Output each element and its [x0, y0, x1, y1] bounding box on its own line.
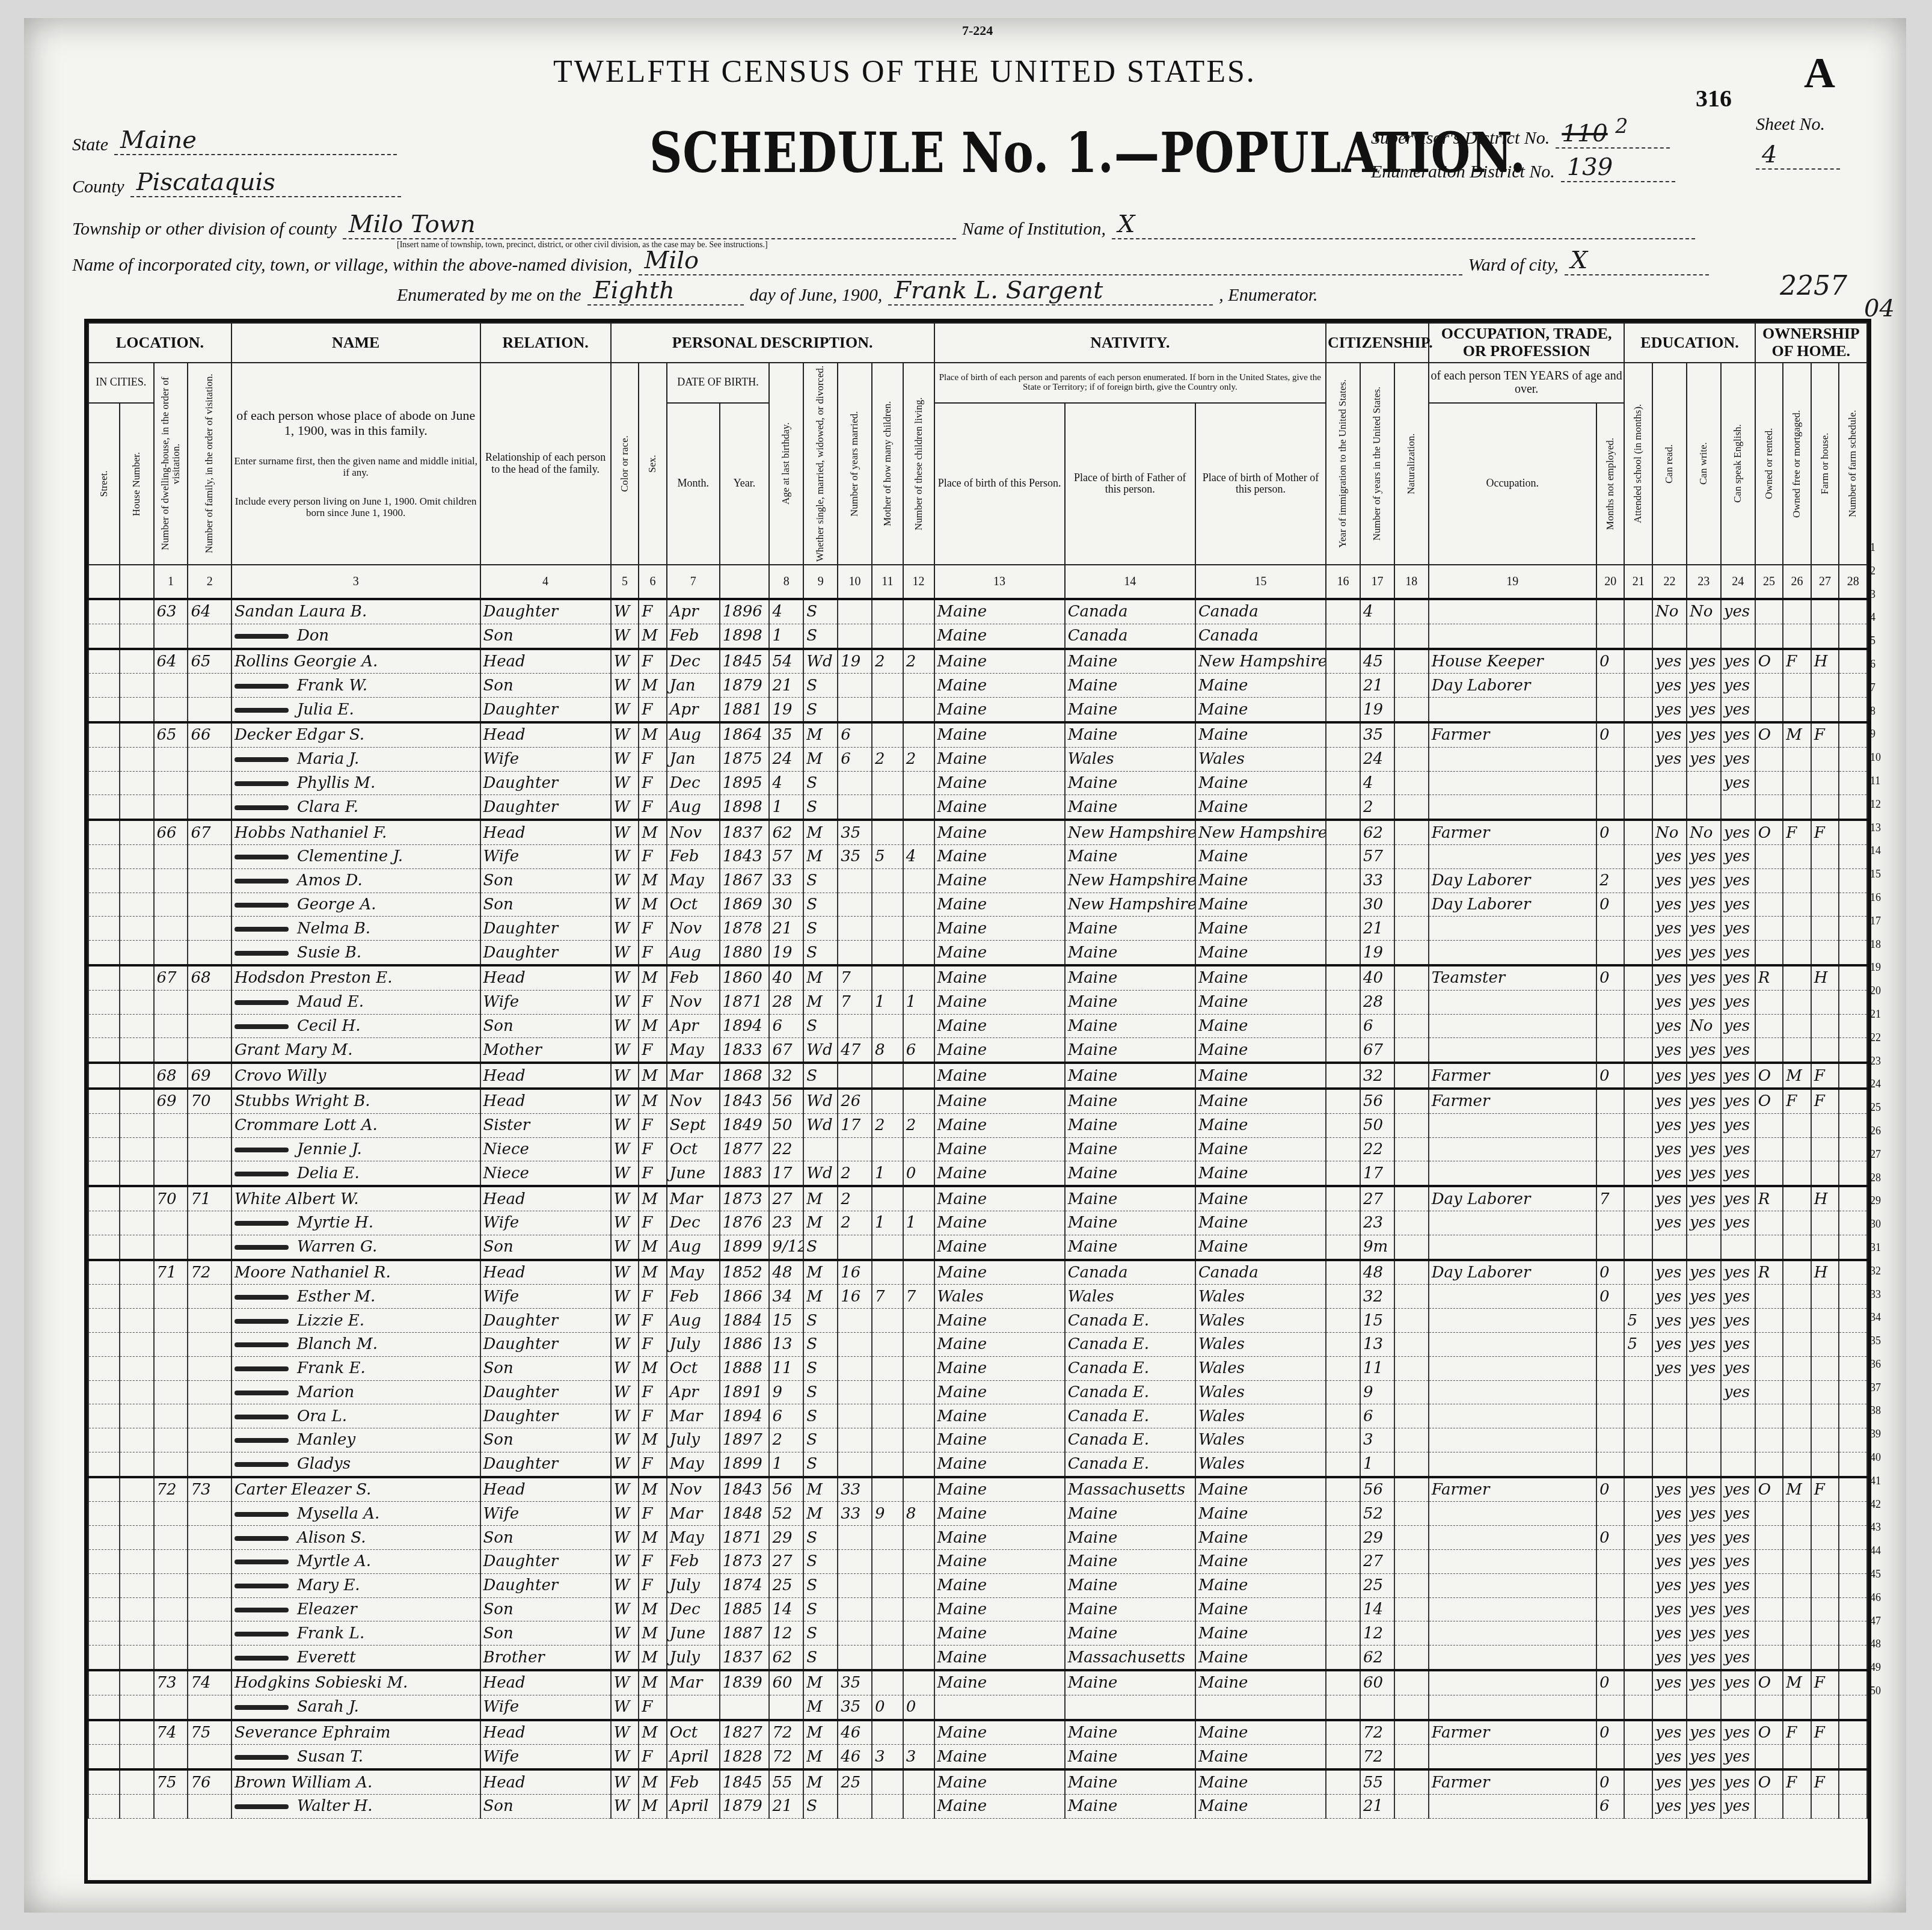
age: 1: [769, 624, 803, 648]
children-living: [903, 1550, 934, 1574]
birth-month: Dec: [667, 1597, 720, 1621]
can-speak-english: yes: [1721, 1550, 1755, 1574]
years-in-us: 14: [1360, 1597, 1394, 1621]
free-mortgaged: [1783, 1573, 1811, 1597]
attended-school: [1624, 674, 1652, 698]
enumerated-prefix: Enumerated by me on the: [397, 285, 581, 306]
owned-rented: [1755, 795, 1783, 820]
line-number: 17: [1870, 915, 1894, 938]
ditto-mark-icon: [235, 1438, 289, 1443]
marital-status: S: [803, 624, 838, 648]
color: W: [611, 820, 639, 844]
children-living: [903, 1137, 934, 1161]
relation: Son: [480, 868, 611, 893]
color: W: [611, 1695, 639, 1719]
farm-schedule: [1839, 1332, 1867, 1356]
birthplace-person: Maine: [934, 1235, 1065, 1259]
person-name-text: Susie B.: [297, 944, 361, 962]
attended-school-header: Attended school (in months).: [1624, 363, 1652, 565]
birthplace-mother: Maine: [1195, 1038, 1326, 1063]
months-unemployed: [1596, 844, 1625, 868]
farm-schedule: [1839, 1597, 1867, 1621]
sex: M: [639, 965, 667, 990]
person-name-text: Mysella A.: [297, 1505, 379, 1523]
can-write: yes: [1687, 1161, 1721, 1186]
birthplace-person: Maine: [934, 1795, 1065, 1819]
person-name-text: Crovo Willy: [235, 1067, 326, 1085]
occupation: [1429, 1573, 1596, 1597]
dwelling-number: [154, 1646, 188, 1670]
months-unemployed: 0: [1596, 965, 1625, 990]
occupation: Day Laborer: [1429, 868, 1596, 893]
dwelling-number: [154, 1428, 188, 1452]
family-number: 70: [188, 1089, 231, 1113]
owned-rented: [1755, 1745, 1783, 1769]
birthplace-father: Maine: [1065, 1038, 1195, 1063]
ward-label: Ward of city,: [1468, 255, 1559, 275]
street-cell: [88, 795, 120, 820]
year-header: Year.: [720, 403, 770, 565]
birthplace-father: New Hampshire: [1065, 868, 1195, 893]
street-cell: [88, 1745, 120, 1769]
attended-school: [1624, 1477, 1652, 1502]
occupation: [1429, 1235, 1596, 1259]
birthplace-person: Maine: [934, 1670, 1065, 1695]
marital-status: M: [803, 1745, 838, 1769]
age: 30: [769, 893, 803, 917]
sex: F: [639, 1332, 667, 1356]
years-in-us: 32: [1360, 1063, 1394, 1089]
can-speak-english: yes: [1721, 1670, 1755, 1695]
house-number-cell: [120, 1038, 154, 1063]
birth-month: Jan: [667, 674, 720, 698]
can-write: yes: [1687, 965, 1721, 990]
months-unemployed: 0: [1596, 1720, 1625, 1745]
street-header: Street.: [88, 403, 120, 565]
line-number: 35: [1870, 1335, 1894, 1358]
dwelling-number: [154, 1356, 188, 1380]
years-in-us: 56: [1360, 1089, 1394, 1113]
years-married: [838, 1452, 872, 1477]
owned-rented: [1755, 1038, 1783, 1063]
years-married: 17: [838, 1113, 872, 1137]
line-number: 16: [1870, 891, 1894, 915]
line-number: 46: [1870, 1591, 1894, 1615]
table-row: Walter H.SonWMApril187921SMaineMaineMain…: [88, 1795, 1867, 1819]
mother-of: 3: [872, 1745, 903, 1769]
table-row: 7374Hodgkins Sobieski M.HeadWMMar183960M…: [88, 1670, 1867, 1695]
years-in-us: 45: [1360, 649, 1394, 674]
naturalization: [1394, 771, 1429, 795]
name-desc: of each person whose place of abode on J…: [233, 408, 479, 437]
relation: Daughter: [480, 1404, 611, 1428]
family-number: [188, 1211, 231, 1235]
family-number: [188, 1646, 231, 1670]
sex: F: [639, 795, 667, 820]
owned-rented-header: Owned or rented.: [1755, 363, 1783, 565]
can-write-header: Can write.: [1687, 363, 1721, 565]
occupation: [1429, 1428, 1596, 1452]
can-speak-english: yes: [1721, 1720, 1755, 1745]
dwelling-number: [154, 1332, 188, 1356]
birth-month: Nov: [667, 917, 720, 941]
naturalization: [1394, 1285, 1429, 1309]
institution-value: X: [1112, 211, 1695, 239]
table-row: 7576Brown William A.HeadWMFeb184555M25Ma…: [88, 1769, 1867, 1794]
mother-of: [872, 820, 903, 844]
free-mortgaged: [1783, 698, 1811, 722]
mother-of: 2: [872, 1113, 903, 1137]
person-name: Gladys: [232, 1452, 480, 1477]
age: 34: [769, 1285, 803, 1309]
color: W: [611, 1621, 639, 1646]
house-number-cell: [120, 1404, 154, 1428]
attended-school: [1624, 1452, 1652, 1477]
years-married: 46: [838, 1745, 872, 1769]
years-married: [838, 1428, 872, 1452]
table-row: Nelma B.DaughterWFNov187821SMaineMaineMa…: [88, 917, 1867, 941]
free-mortgaged: [1783, 1745, 1811, 1769]
table-row: Maud E.WifeWFNov187128M711MaineMaineMain…: [88, 990, 1867, 1014]
immigration-year: [1326, 893, 1360, 917]
marital-status: M: [803, 1720, 838, 1745]
years-in-us: 55: [1360, 1769, 1394, 1794]
line-number: 41: [1870, 1475, 1894, 1498]
occupation: [1429, 917, 1596, 941]
table-row: Delia E.NieceWFJune188317Wd210MaineMaine…: [88, 1161, 1867, 1186]
can-speak-english: yes: [1721, 1038, 1755, 1063]
person-name-text: Ora L.: [297, 1407, 347, 1425]
state-value: Maine: [114, 126, 397, 155]
family-number: [188, 1380, 231, 1404]
months-unemployed: [1596, 771, 1625, 795]
farm-house: H: [1811, 965, 1839, 990]
marital-status: S: [803, 1597, 838, 1621]
birthplace-father: Wales: [1065, 747, 1195, 771]
birthplace-father: Maine: [1065, 1063, 1195, 1089]
relation: Daughter: [480, 941, 611, 965]
immigration-year: [1326, 1063, 1360, 1089]
can-write: yes: [1687, 1720, 1721, 1745]
person-name: Crovo Willy: [232, 1063, 480, 1089]
person-name: Frank W.: [232, 674, 480, 698]
farm-house: F: [1811, 1720, 1839, 1745]
attended-school: [1624, 1356, 1652, 1380]
naturalization: [1394, 1161, 1429, 1186]
age: 21: [769, 674, 803, 698]
street-cell: [88, 649, 120, 674]
years-in-us: 15: [1360, 1309, 1394, 1333]
birthplace-person: Maine: [934, 1597, 1065, 1621]
birth-year: 1879: [720, 1795, 770, 1819]
street-cell: [88, 1235, 120, 1259]
naturalization: [1394, 1452, 1429, 1477]
farm-schedule: [1839, 1720, 1867, 1745]
birth-year: 1879: [720, 674, 770, 698]
years-married: 6: [838, 747, 872, 771]
ditto-mark-icon: [235, 1584, 289, 1588]
mother-of: [872, 1260, 903, 1285]
marital-status: S: [803, 917, 838, 941]
years-in-us: 33: [1360, 868, 1394, 893]
person-name: Grant Mary M.: [232, 1038, 480, 1063]
sex: M: [639, 1260, 667, 1285]
house-number-cell: [120, 917, 154, 941]
occupation: [1429, 1332, 1596, 1356]
birthplace-person: Maine: [934, 674, 1065, 698]
column-number: 28: [1839, 565, 1867, 599]
years-married: 33: [838, 1477, 872, 1502]
person-name-text: George A.: [297, 896, 376, 914]
attended-school: [1624, 820, 1652, 844]
color: W: [611, 1356, 639, 1380]
person-name-text: Severance Ephraim: [235, 1724, 390, 1742]
birth-year: 1885: [720, 1597, 770, 1621]
ditto-mark-icon: [235, 1319, 289, 1324]
birth-year: 1828: [720, 1745, 770, 1769]
free-mortgaged: F: [1783, 820, 1811, 844]
farm-house: [1811, 917, 1839, 941]
years-married: 7: [838, 990, 872, 1014]
township-field: Township or other division of county Mil…: [72, 211, 1695, 239]
birth-month: Apr: [667, 1380, 720, 1404]
person-name: Hodsdon Preston E.: [232, 965, 480, 990]
marital-status: Wd: [803, 649, 838, 674]
column-number: 27: [1811, 565, 1839, 599]
color: W: [611, 1745, 639, 1769]
family-number: [188, 1285, 231, 1309]
birth-year: 1845: [720, 649, 770, 674]
months-unemployed: [1596, 1695, 1625, 1719]
family-number: [188, 1309, 231, 1333]
months-unemployed: [1596, 1646, 1625, 1670]
months-unemployed: [1596, 1137, 1625, 1161]
sex: F: [639, 1452, 667, 1477]
years-in-us: 50: [1360, 1113, 1394, 1137]
can-speak-english: [1721, 1404, 1755, 1428]
farm-schedule: [1839, 1670, 1867, 1695]
column-number: 14: [1065, 565, 1195, 599]
sex: M: [639, 1526, 667, 1550]
can-read: yes: [1652, 1038, 1687, 1063]
naturalization: [1394, 1038, 1429, 1063]
form-number: 7-224: [962, 23, 993, 38]
mother-of: [872, 1550, 903, 1574]
months-unemployed: [1596, 1332, 1625, 1356]
immigration-year: [1326, 1014, 1360, 1038]
years-in-us: 21: [1360, 1795, 1394, 1819]
family-number: [188, 1235, 231, 1259]
can-write: yes: [1687, 917, 1721, 941]
free-mortgaged: [1783, 893, 1811, 917]
farm-schedule: [1839, 1113, 1867, 1137]
birthplace-father: Massachusetts: [1065, 1477, 1195, 1502]
sex: M: [639, 1646, 667, 1670]
birthplace-mother: Maine: [1195, 1089, 1326, 1113]
relation: Son: [480, 1621, 611, 1646]
relation-header: Relationship of each person to the head …: [480, 363, 611, 565]
attended-school: [1624, 1404, 1652, 1428]
attended-school: [1624, 1161, 1652, 1186]
free-mortgaged: [1783, 747, 1811, 771]
column-number: 11: [872, 565, 903, 599]
immigration-year: [1326, 624, 1360, 648]
marital-status: M: [803, 1211, 838, 1235]
can-read: yes: [1652, 1089, 1687, 1113]
farm-house: H: [1811, 1260, 1839, 1285]
children-living: 7: [903, 1285, 934, 1309]
years-in-us: 21: [1360, 674, 1394, 698]
birth-year: 1875: [720, 747, 770, 771]
marital-status: S: [803, 771, 838, 795]
relation: Head: [480, 649, 611, 674]
relation: Head: [480, 1186, 611, 1211]
can-read: yes: [1652, 1670, 1687, 1695]
immigration-year: [1326, 1285, 1360, 1309]
color: W: [611, 844, 639, 868]
years-in-us: 57: [1360, 844, 1394, 868]
street-cell: [88, 1089, 120, 1113]
person-name: Nelma B.: [232, 917, 480, 941]
attended-school: [1624, 1795, 1652, 1819]
color: W: [611, 674, 639, 698]
farm-house: [1811, 990, 1839, 1014]
family-number: [188, 893, 231, 917]
owned-rented: [1755, 698, 1783, 722]
mother-of: [872, 1186, 903, 1211]
occupation: Farmer: [1429, 1769, 1596, 1794]
dwelling-number: [154, 990, 188, 1014]
nativity-desc: Place of birth of each person and parent…: [934, 363, 1326, 403]
birthplace-father: Maine: [1065, 844, 1195, 868]
table-row: 6566Decker Edgar S.HeadWMAug186435M6Main…: [88, 722, 1867, 747]
birth-month: Apr: [667, 599, 720, 624]
months-unemployed: [1596, 1089, 1625, 1113]
can-read: yes: [1652, 1285, 1687, 1309]
birthplace-mother: Wales: [1195, 1285, 1326, 1309]
table-row: Julia E.DaughterWFApr188119SMaineMaineMa…: [88, 698, 1867, 722]
mother-of: 7: [872, 1285, 903, 1309]
line-number: 14: [1870, 844, 1894, 868]
months-unemployed: [1596, 624, 1625, 648]
birthplace-mother: Maine: [1195, 1211, 1326, 1235]
mother-of: [872, 1720, 903, 1745]
enumerated-field: Enumerated by me on the Eighth day of Ju…: [397, 277, 1318, 306]
relation: Daughter: [480, 599, 611, 624]
can-speak-english: yes: [1721, 868, 1755, 893]
stamp-number: 316: [1696, 84, 1732, 112]
can-read: yes: [1652, 1550, 1687, 1574]
months-unemployed: [1596, 1161, 1625, 1186]
birthplace-mother: Maine: [1195, 1014, 1326, 1038]
birthplace-mother: Wales: [1195, 1404, 1326, 1428]
person-name: Julia E.: [232, 698, 480, 722]
column-number: 19: [1429, 565, 1596, 599]
owned-rented: [1755, 1014, 1783, 1038]
birthplace-mother: Maine: [1195, 1526, 1326, 1550]
owned-rented: O: [1755, 1089, 1783, 1113]
marital-status: Wd: [803, 1038, 838, 1063]
house-number-cell: [120, 795, 154, 820]
ditto-mark-icon: [235, 1755, 289, 1760]
farm-house: F: [1811, 1769, 1839, 1794]
occupation: [1429, 698, 1596, 722]
relation: Head: [480, 1063, 611, 1089]
children-living: [903, 965, 934, 990]
attended-school: [1624, 747, 1652, 771]
street-cell: [88, 965, 120, 990]
occupation: [1429, 1795, 1596, 1819]
age: 56: [769, 1477, 803, 1502]
dwelling-number: [154, 893, 188, 917]
immigration-year: [1326, 990, 1360, 1014]
farm-house: [1811, 1550, 1839, 1574]
can-write: yes: [1687, 868, 1721, 893]
children-living: [903, 941, 934, 965]
can-write: yes: [1687, 1285, 1721, 1309]
county-field: County Piscataquis: [72, 168, 401, 197]
mother-of: [872, 1526, 903, 1550]
can-speak-english: yes: [1721, 1795, 1755, 1819]
birth-month: Sept: [667, 1113, 720, 1137]
column-number: 20: [1596, 565, 1625, 599]
free-mortgaged: [1783, 1695, 1811, 1719]
color: W: [611, 990, 639, 1014]
mother-of: [872, 1597, 903, 1621]
birth-month: June: [667, 1621, 720, 1646]
birth-father-header: Place of birth of Father of this person.: [1065, 403, 1195, 565]
group-relation: RELATION.: [480, 323, 611, 363]
dwelling-number: 72: [154, 1477, 188, 1502]
can-read: yes: [1652, 917, 1687, 941]
house-number-cell: [120, 844, 154, 868]
street-cell: [88, 1502, 120, 1526]
family-number: [188, 771, 231, 795]
birthplace-person: Maine: [934, 1014, 1065, 1038]
house-number-cell: [120, 1621, 154, 1646]
birth-month: Aug: [667, 795, 720, 820]
farm-house: [1811, 795, 1839, 820]
free-mortgaged: [1783, 1428, 1811, 1452]
attended-school: 5: [1624, 1332, 1652, 1356]
birth-year: 1843: [720, 1089, 770, 1113]
can-speak-english: [1721, 1695, 1755, 1719]
owned-rented: O: [1755, 1769, 1783, 1794]
birthplace-mother: Maine: [1195, 1113, 1326, 1137]
mother-of: [872, 1404, 903, 1428]
table-row: Frank L.SonWMJune188712SMaineMaineMaine1…: [88, 1621, 1867, 1646]
family-number: 65: [188, 649, 231, 674]
years-married: 16: [838, 1285, 872, 1309]
free-mortgaged: [1783, 1526, 1811, 1550]
house-number-cell: [120, 1186, 154, 1211]
attended-school: [1624, 1621, 1652, 1646]
relation: Son: [480, 1428, 611, 1452]
can-speak-english: yes: [1721, 1769, 1755, 1794]
can-speak-english: yes: [1721, 1332, 1755, 1356]
years-in-us: 30: [1360, 893, 1394, 917]
dwelling-number: [154, 1573, 188, 1597]
age: 25: [769, 1573, 803, 1597]
column-number: 1: [154, 565, 188, 599]
ditto-mark-icon: [235, 757, 289, 762]
birth-mother-header: Place of birth of Mother of this person.: [1195, 403, 1326, 565]
column-number: [720, 565, 770, 599]
birthplace-father: Maine: [1065, 1211, 1195, 1235]
years-in-us: 9m: [1360, 1235, 1394, 1259]
birth-month: June: [667, 1161, 720, 1186]
table-row: EverettBrotherWMJuly183762SMaineMassachu…: [88, 1646, 1867, 1670]
